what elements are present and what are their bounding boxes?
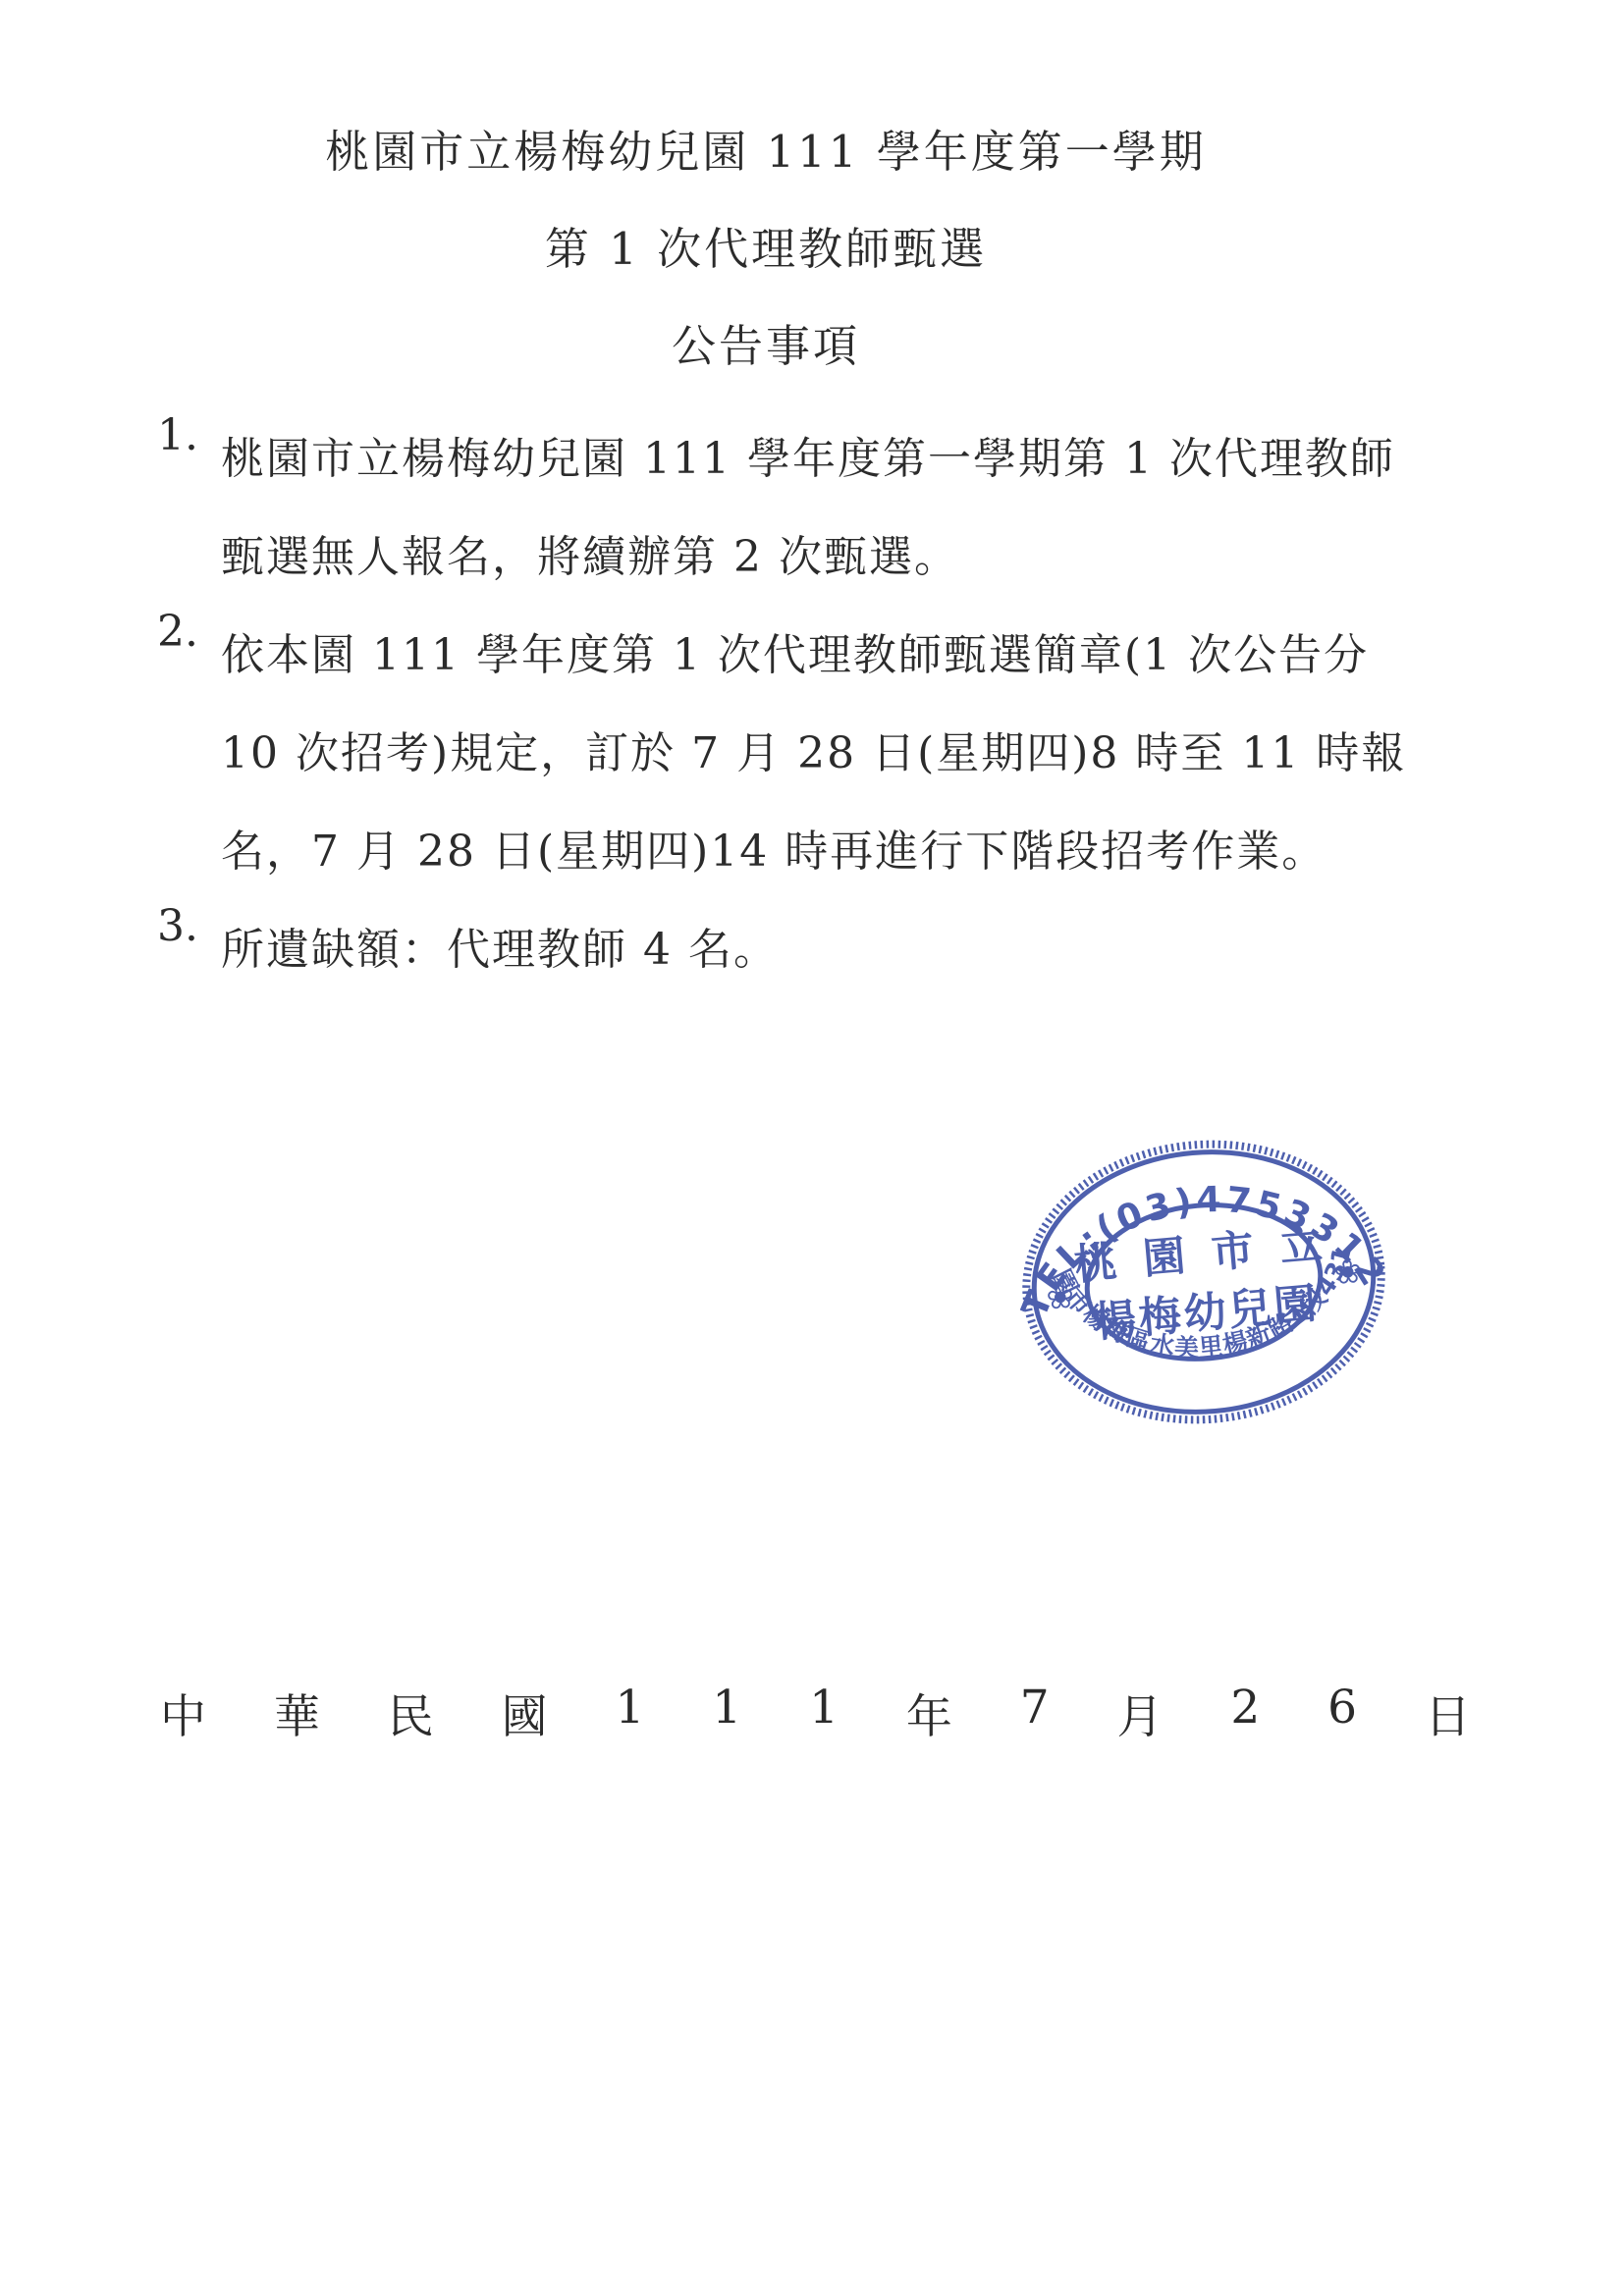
document-title-line3: 公告事項 xyxy=(0,310,1532,374)
date-char: 1 xyxy=(616,1681,645,1746)
date-char: 中 xyxy=(160,1681,206,1746)
announcement-item-2: 2. 依本園 111 學年度第 1 次代理教師甄選簡章(1 次公告分 10 次招… xyxy=(157,607,1532,901)
date-char: 2 xyxy=(1230,1681,1260,1746)
document-title-line2: 第 1 次代理教師甄選 xyxy=(0,213,1532,277)
date-char: 國 xyxy=(502,1681,548,1746)
official-seal-stamp: TEL:(03)4753312 桃園市楊梅區水美里楊新路1段431號 桃 園 市… xyxy=(1006,1123,1401,1441)
date-char: 華 xyxy=(274,1681,320,1746)
item-line: 所遺缺額：代理教師 4 名。 xyxy=(221,901,1532,999)
plum-blossom-icon: ❀ xyxy=(1332,1252,1364,1293)
item-line: 桃園市立楊梅幼兒園 111 學年度第一學期第 1 次代理教師 xyxy=(221,410,1532,508)
item-number: 2. xyxy=(157,607,198,657)
date-char: 7 xyxy=(1020,1681,1050,1746)
item-line: 名，7 月 28 日(星期四)14 時再進行下階段招考作業。 xyxy=(221,803,1532,901)
item-number: 1. xyxy=(157,410,198,460)
announcement-item-1: 1. 桃園市立楊梅幼兒園 111 學年度第一學期第 1 次代理教師 甄選無人報名… xyxy=(157,410,1532,607)
date-char: 1 xyxy=(712,1681,741,1746)
date-char: 年 xyxy=(906,1681,952,1746)
document-page: 桃園市立楊梅幼兒園 111 學年度第一學期 第 1 次代理教師甄選 公告事項 1… xyxy=(0,0,1624,2296)
announcement-item-3: 3. 所遺缺額：代理教師 4 名。 xyxy=(157,901,1532,999)
item-line: 甄選無人報名，將續辦第 2 次甄選。 xyxy=(221,508,1532,607)
item-line: 依本園 111 學年度第 1 次代理教師甄選簡章(1 次公告分 xyxy=(221,607,1532,705)
document-title-line1: 桃園市立楊梅幼兒園 111 學年度第一學期 xyxy=(0,116,1532,180)
date-char: 6 xyxy=(1327,1681,1357,1746)
date-char: 民 xyxy=(388,1681,434,1746)
date-char: 月 xyxy=(1117,1681,1164,1746)
date-char: 1 xyxy=(809,1681,839,1746)
item-number: 3. xyxy=(157,901,198,951)
date-char: 日 xyxy=(1425,1681,1471,1746)
document-date-line: 中 華 民 國 1 1 1 年 7 月 2 6 日 xyxy=(160,1681,1471,1746)
plum-blossom-icon: ❀ xyxy=(1045,1277,1076,1318)
item-line: 10 次招考)規定，訂於 7 月 28 日(星期四)8 時至 11 時報 xyxy=(221,705,1532,803)
